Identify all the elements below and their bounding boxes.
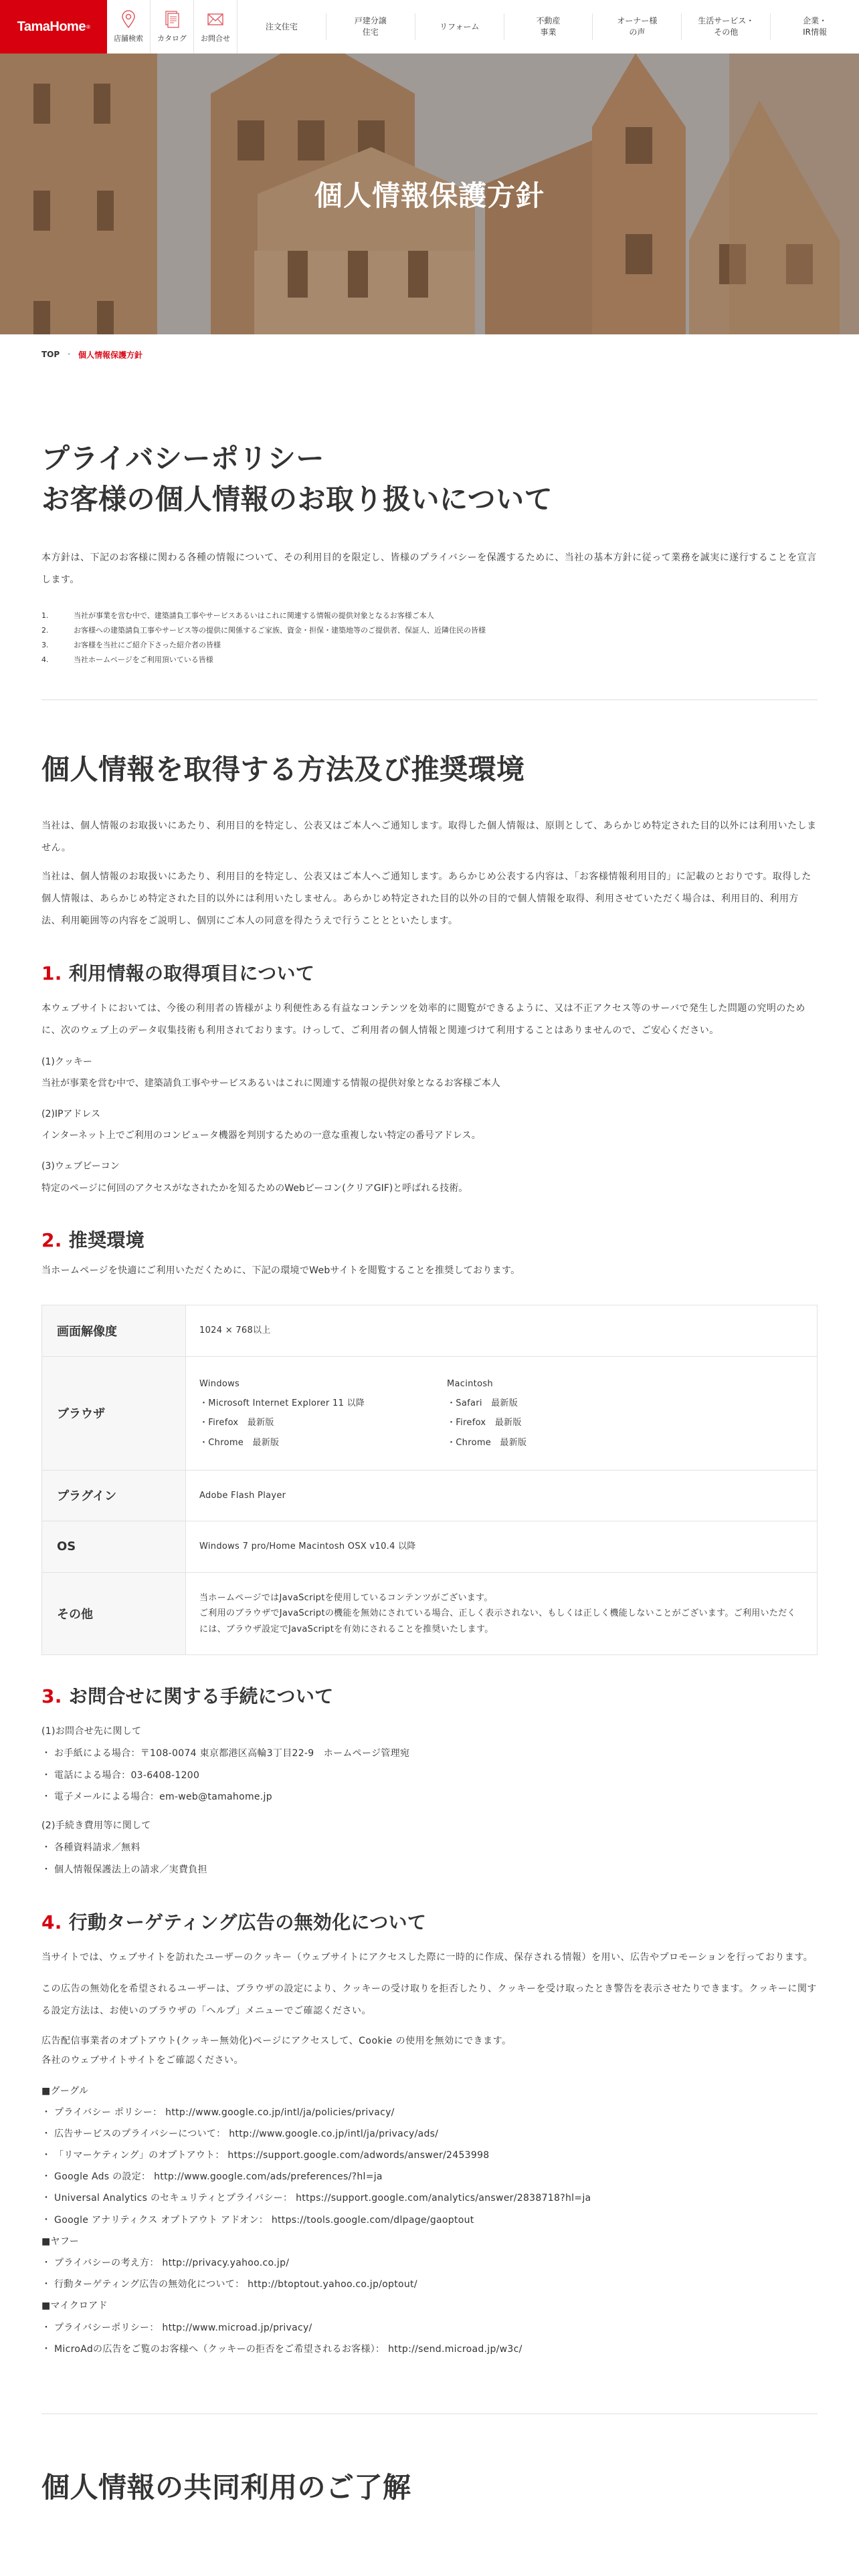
inquiry-procedure-heading: 3. お問合せに関する手続について <box>41 1682 818 1709</box>
map-pin-icon <box>120 10 137 29</box>
universal-analytics-link[interactable]: https://support.google.com/analytics/ans… <box>296 2193 591 2204</box>
list-item: 1.当社が事業を営む中で、建築請負工事やサービスあるいはこれに関連する情報の提供… <box>41 609 818 623</box>
provider-google: ■グーグル <box>41 2080 818 2102</box>
link-item: ・ 行動ターゲティング広告の無効化について： http://btoptout.y… <box>41 2274 818 2295</box>
breadcrumb-separator: - <box>68 351 70 358</box>
inquiry-contact-group: (1)お問合せ先に関して ・ お手紙による場合：〒108-0074 東京都港区高… <box>41 1721 818 1809</box>
table-row: 画面解像度 1024 × 768以上 <box>42 1305 818 1356</box>
optout-links: ■グーグル ・ プライバシー ポリシー： http://www.google.c… <box>41 2080 818 2360</box>
nav-life-services[interactable]: 生活サービス・ その他 <box>681 13 770 40</box>
yahoo-optout-link[interactable]: http://btoptout.yahoo.co.jp/optout/ <box>248 2279 417 2290</box>
recommended-env-text: 当ホームページを快適にご利用いただくために、下記の環境でWebサイトを閲覧するこ… <box>41 1263 818 1277</box>
link-item: ・ Google Ads の設定： http://www.google.com/… <box>41 2166 818 2187</box>
provider-microad: ■マイクロアド <box>41 2295 818 2317</box>
technique-ip-address: (2)IPアドレス インターネット上でご利用のコンピュータ機器を判別するための一… <box>41 1103 818 1146</box>
technique-web-beacon: (3)ウェブビーコン 特定のページに何回のアクセスがなされたかを知るためのWeb… <box>41 1156 818 1198</box>
recommended-env-table: 画面解像度 1024 × 768以上 ブラウザ Windows ・Microso… <box>41 1305 818 1655</box>
heading-line-1: プライバシーポリシー <box>41 442 324 475</box>
provider-yahoo: ■ヤフー <box>41 2231 818 2252</box>
nav-real-estate[interactable]: 不動産 事業 <box>504 13 593 40</box>
breadcrumb-current: 個人情報保護方針 <box>78 349 142 360</box>
catalog-label: カタログ <box>157 33 187 43</box>
nav-corporate-ir[interactable]: 企業・ IR情報 <box>770 13 859 40</box>
usage-info-heading: 1. 利用情報の取得項目について <box>41 959 818 986</box>
link-item: ・ Google アナリティクス オプトアウト アドオン： https://to… <box>41 2210 818 2231</box>
logo-text: TamaHome <box>17 19 86 35</box>
heading-number: 2. <box>41 1229 62 1251</box>
acquisition-paragraph-2: 当社は、個人情報のお取扱いにあたり、利用目的を特定し、公表又はご本人へご通知しま… <box>41 866 818 932</box>
targeting-ads-paragraph-1: 当サイトでは、ウェブサイトを訪れたユーザーのクッキー（ウェブサイトにアクセスした… <box>41 1947 818 1969</box>
heading-number: 4. <box>41 1911 62 1933</box>
link-item: ・ プライバシー ポリシー： http://www.google.co.jp/i… <box>41 2102 818 2123</box>
page-title: 個人情報保護方針 <box>0 174 859 214</box>
policy-lead-text: 本方針は、下記のお客様に関わる各種の情報について、その利用目的を限定し、皆様のプ… <box>41 547 818 591</box>
heading-line-2: お客様の個人情報のお取り扱いについて <box>41 483 553 516</box>
targeting-ads-heading: 4. 行動ターゲティング広告の無効化について <box>41 1908 818 1935</box>
list-item: 3.お客様を当社にご紹介下さった紹介者の皆様 <box>41 638 818 653</box>
heading-number: 1. <box>41 962 62 984</box>
hero-banner: 個人情報保護方針 <box>0 53 859 334</box>
optout-intro: 広告配信事業者のオプトアウト(クッキー無効化)ページにアクセスして、Cookie… <box>41 2032 818 2071</box>
targeting-ads-paragraph-2: この広告の無効化を希望されるユーザーは、ブラウザの設定により、クッキーの受け取り… <box>41 1978 818 2022</box>
mail-icon <box>207 10 224 29</box>
main-content: プライバシーポリシー お客様の個人情報のお取り扱いについて 本方針は、下記のお客… <box>0 374 859 2535</box>
contact-email: ・ 電子メールによる場合：em-web@tamahome.jp <box>41 1786 818 1808</box>
store-search-label: 店舗検索 <box>114 33 143 43</box>
inquiry-fee-group: (2)手続き費用等に関して ・ 各種資料請求／無料 ・ 個人情報保護法上の請求／… <box>41 1815 818 1881</box>
microad-privacy-link[interactable]: http://www.microad.jp/privacy/ <box>162 2323 312 2333</box>
link-item: ・ 広告サービスのプライバシーについて： http://www.google.c… <box>41 2123 818 2145</box>
windows-browsers: Windows ・Microsoft Internet Explorer 11 … <box>199 1374 447 1453</box>
google-remarketing-optout-link[interactable]: https://support.google.com/adwords/answe… <box>227 2150 489 2161</box>
contact-label: お問合せ <box>201 33 230 43</box>
contact-button[interactable]: お問合せ <box>194 0 237 53</box>
privacy-policy-section: プライバシーポリシー お客様の個人情報のお取り扱いについて 本方針は、下記のお客… <box>41 374 818 700</box>
list-item: 4.当社ホームページをご利用頂いている皆様 <box>41 653 818 667</box>
store-search-button[interactable]: 店舗検索 <box>107 0 151 53</box>
google-ads-privacy-link[interactable]: http://www.google.co.jp/intl/ja/privacy/… <box>229 2129 438 2139</box>
link-item: ・ MicroAdの広告をご覧のお客様へ（クッキーの拒否をご希望されるお客様）：… <box>41 2339 818 2360</box>
list-item: 2.お客様への建築請負工事やサービス等の提供に関係するご家族、資金・担保・建築地… <box>41 623 818 638</box>
technique-cookie: (1)クッキー 当社が事業を営む中で、建築請負工事やサービスあるいはこれに関連す… <box>41 1051 818 1094</box>
joint-use-heading: 個人情報の共同利用のご了解 <box>41 2468 818 2508</box>
acquisition-heading: 個人情報を取得する方法及び推奨環境 <box>41 750 818 790</box>
heading-number: 3. <box>41 1685 62 1707</box>
link-item: ・ プライバシーポリシー： http://www.microad.jp/priv… <box>41 2317 818 2339</box>
nav-custom-house[interactable]: 注文住宅 <box>237 13 326 40</box>
breadcrumb: TOP - 個人情報保護方針 <box>0 334 859 374</box>
microad-optout-link[interactable]: http://send.microad.jp/w3c/ <box>388 2344 522 2355</box>
breadcrumb-top-link[interactable]: TOP <box>41 350 60 359</box>
main-nav: 注文住宅 戸建分譲 住宅 リフォーム 不動産 事業 オーナー様 の声 生活サービ… <box>237 0 859 53</box>
usage-info-text: 本ウェブサイトにおいては、今後の利用者の皆様がより利便性ある有益なコンテンツを効… <box>41 998 818 1042</box>
privacy-policy-heading: プライバシーポリシー お客様の個人情報のお取り扱いについて <box>41 439 818 520</box>
acquisition-paragraph-1: 当社は、個人情報のお取扱いにあたり、利用目的を特定し、公表又はご本人へご通知しま… <box>41 815 818 859</box>
nav-owner-voices[interactable]: オーナー様 の声 <box>592 13 681 40</box>
inquiry-info: (1)お問合せ先に関して ・ お手紙による場合：〒108-0074 東京都港区高… <box>41 1721 818 1881</box>
yahoo-privacy-link[interactable]: http://privacy.yahoo.co.jp/ <box>162 2258 289 2268</box>
table-row: プラグイン Adobe Flash Player <box>42 1470 818 1521</box>
recommended-env-heading: 2. 推奨環境 <box>41 1226 818 1253</box>
table-row: ブラウザ Windows ・Microsoft Internet Explore… <box>42 1356 818 1470</box>
table-row: その他 当ホームページではJavaScriptを使用しているコンテンツがございま… <box>42 1572 818 1654</box>
ga-optout-addon-link[interactable]: https://tools.google.com/dlpage/gaoptout <box>272 2215 474 2226</box>
acquisition-section: 個人情報を取得する方法及び推奨環境 当社は、個人情報のお取扱いにあたり、利用目的… <box>41 700 818 2414</box>
link-item: ・ 「リマーケティング」のオプトアウト： https://support.goo… <box>41 2145 818 2166</box>
nav-detached-sale[interactable]: 戸建分譲 住宅 <box>326 13 415 40</box>
table-row: OS Windows 7 pro/Home Macintosh OSX v10.… <box>42 1521 818 1572</box>
utility-nav: 店舗検索 カタログ お問合せ <box>107 0 237 53</box>
logo-registered-mark: ® <box>86 24 90 30</box>
link-item: ・ プライバシーの考え方： http://privacy.yahoo.co.jp… <box>41 2252 818 2274</box>
link-item: ・ Universal Analytics のセキュリティとプライバシー： ht… <box>41 2187 818 2209</box>
nav-reform[interactable]: リフォーム <box>415 13 504 40</box>
tamahome-logo[interactable]: TamaHome® <box>0 0 107 53</box>
target-persons-list: 1.当社が事業を営む中で、建築請負工事やサービスあるいはこれに関連する情報の提供… <box>41 609 818 667</box>
mac-browsers: Macintosh ・Safari 最新版 ・Firefox 最新版 ・Chro… <box>447 1374 527 1453</box>
catalog-icon <box>163 10 181 29</box>
browser-columns: Windows ・Microsoft Internet Explorer 11 … <box>199 1374 803 1453</box>
catalog-button[interactable]: カタログ <box>151 0 194 53</box>
data-collection-techniques: (1)クッキー 当社が事業を営む中で、建築請負工事やサービスあるいはこれに関連す… <box>41 1051 818 1199</box>
google-privacy-policy-link[interactable]: http://www.google.co.jp/intl/ja/policies… <box>165 2107 395 2118</box>
site-header: TamaHome® 店舗検索 カタログ お問合せ 注文住宅 戸建分譲 住宅 リフ… <box>0 0 859 53</box>
joint-use-section: 個人情報の共同利用のご了解 <box>41 2414 818 2535</box>
google-ads-settings-link[interactable]: http://www.google.com/ads/preferences/?h… <box>154 2171 383 2182</box>
